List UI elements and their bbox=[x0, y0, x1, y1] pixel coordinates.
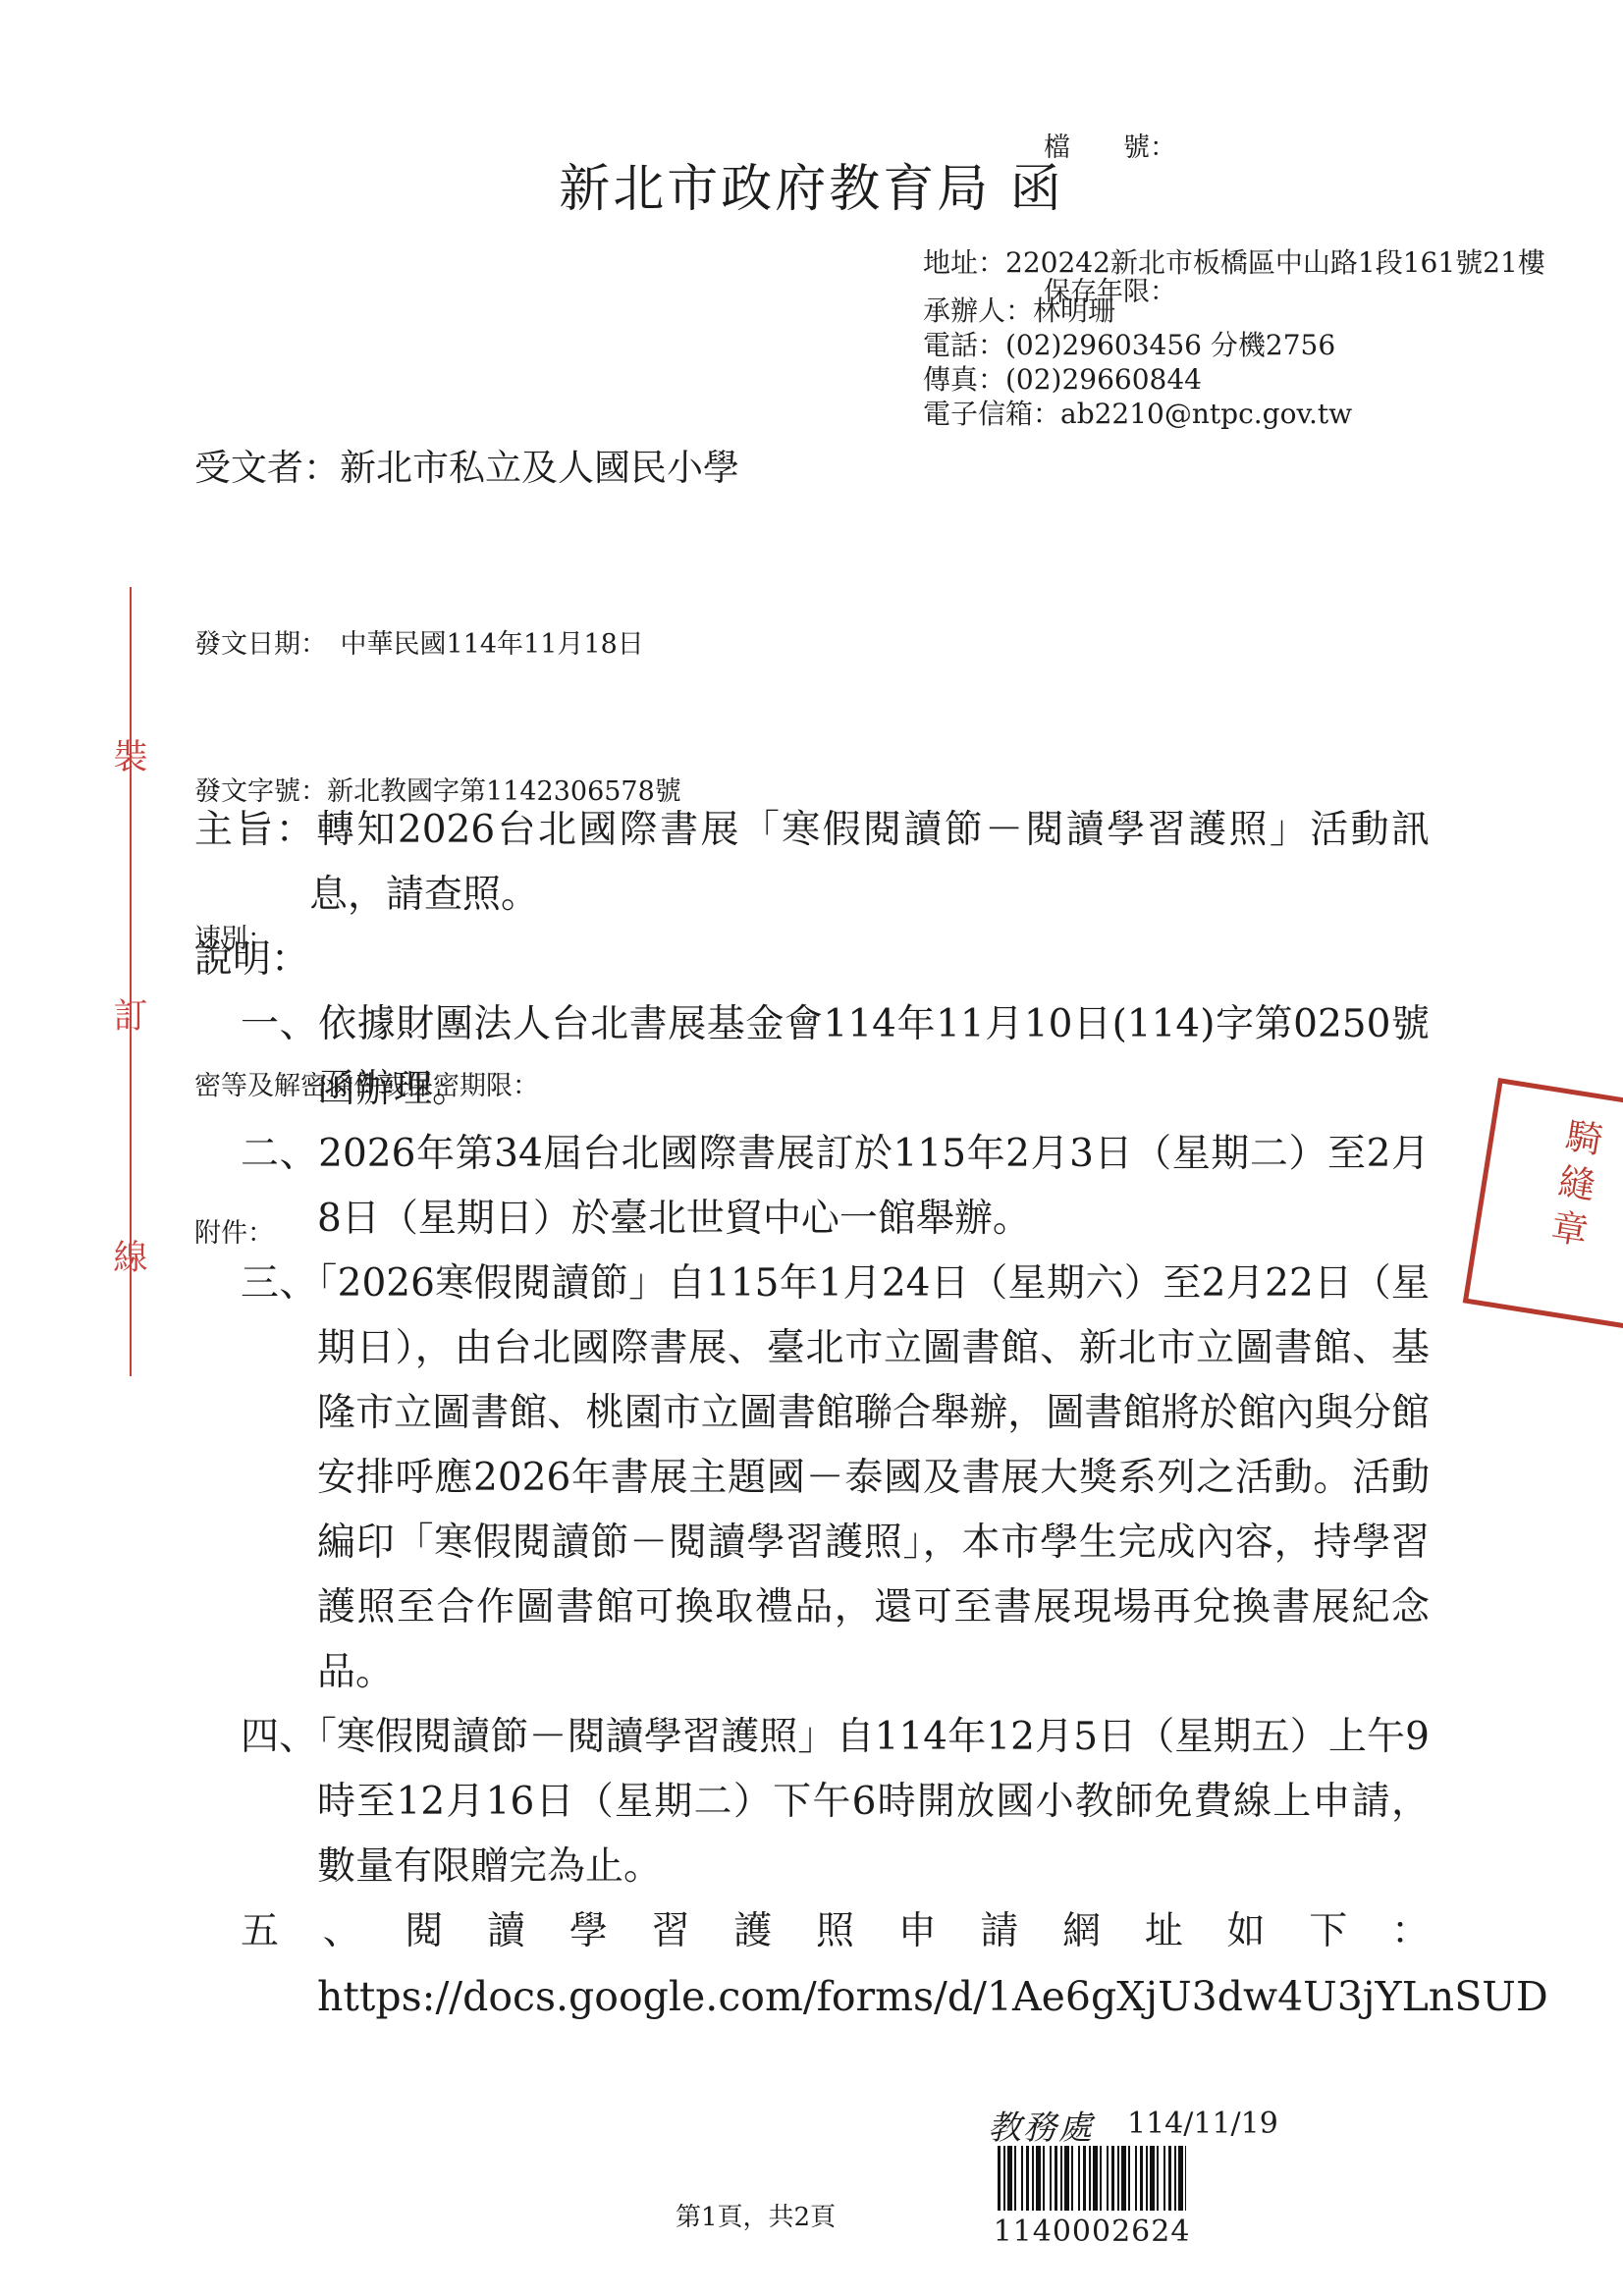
binding-char-xian: 線 bbox=[112, 1231, 149, 1280]
item-text: 依據財團法人台北書展基金會114年11月10日(114)字第0250號函辦理。 bbox=[317, 1002, 1430, 1111]
item-number: 二、 bbox=[241, 1132, 318, 1176]
sender-contact-person: 承辦人：林明珊 bbox=[923, 294, 1545, 328]
seam-stamp: 騎縫章 bbox=[1463, 1078, 1623, 1333]
sender-email: 電子信箱：ab2210@ntpc.gov.tw bbox=[923, 397, 1545, 431]
binding-char-zhuang: 裝 bbox=[112, 730, 149, 779]
subject-text: 轉知2026台北國際書展「寒假閱讀節－閱讀學習護照」活動訊息，請查照。 bbox=[309, 808, 1430, 917]
sender-phone: 電話：(02)29603456 分機2756 bbox=[923, 328, 1545, 362]
item-number: 四、 bbox=[241, 1715, 317, 1759]
item-number: 五、 bbox=[241, 1909, 405, 1953]
explanation-label: 說明： bbox=[194, 928, 1430, 992]
letter-body: 主旨：轉知2026台北國際書展「寒假閱讀節－閱讀學習護照」活動訊息，請查照。 說… bbox=[194, 798, 1430, 2029]
explanation-item-4: 四、「寒假閱讀節－閱讀學習護照」自114年12月5日（星期五）上午9時至12月1… bbox=[241, 1705, 1430, 1899]
item-number: 三、 bbox=[241, 1261, 318, 1306]
binding-char-ding: 訂 bbox=[112, 989, 149, 1039]
department-stamp: 教務處 bbox=[988, 2101, 1094, 2149]
item-text: 「2026寒假閱讀節」自115年1月24日（星期六）至2月22日（星期日），由台… bbox=[317, 1261, 1430, 1694]
application-url: https://docs.google.com/forms/d/1Ae6gXjU… bbox=[317, 1964, 1430, 2029]
explanation-item-5: 五、閱讀學習護照申請網址如下： bbox=[241, 1899, 1430, 1964]
item-text: 「寒假閱讀節－閱讀學習護照」自114年12月5日（星期五）上午9時至12月16日… bbox=[317, 1715, 1430, 1889]
issue-date: 發文日期： 中華民國114年11月18日 bbox=[194, 620, 681, 669]
seam-stamp-text: 騎縫章 bbox=[1536, 1114, 1609, 1259]
item-text: 閱讀學習護照申請網址如下： bbox=[405, 1909, 1430, 1953]
sender-address: 地址：220242新北市板橋區中山路1段161號21樓 bbox=[923, 245, 1545, 280]
barcode-number: 1140002624 bbox=[992, 2215, 1192, 2249]
explanation-item-3: 三、「2026寒假閱讀節」自115年1月24日（星期六）至2月22日（星期日），… bbox=[241, 1252, 1430, 1705]
document-title: 新北市政府教育局 函 bbox=[0, 147, 1623, 221]
subject-paragraph: 主旨：轉知2026台北國際書展「寒假閱讀節－閱讀學習護照」活動訊息，請查照。 bbox=[194, 798, 1430, 928]
barcode bbox=[998, 2146, 1186, 2211]
explanation-item-2: 二、2026年第34屆台北國際書展訂於115年2月3日（星期二）至2月8日（星期… bbox=[241, 1122, 1430, 1252]
sender-info-block: 地址：220242新北市板橋區中山路1段161號21樓 承辦人：林明珊 電話：(… bbox=[923, 245, 1545, 431]
recipient-line: 受文者：新北市私立及人國民小學 bbox=[194, 438, 739, 491]
stamp-date: 114/11/19 bbox=[1127, 2107, 1278, 2141]
sender-fax: 傳真：(02)29660844 bbox=[923, 362, 1545, 397]
subject-label: 主旨： bbox=[194, 808, 316, 852]
explanation-item-1: 一、依據財團法人台北書展基金會114年11月10日(114)字第0250號函辦理… bbox=[241, 992, 1430, 1122]
official-letter-page: 檔 號： 保存年限： 新北市政府教育局 函 地址：220242新北市板橋區中山路… bbox=[0, 0, 1623, 2296]
item-number: 一、 bbox=[241, 1002, 318, 1046]
item-text: 2026年第34屆台北國際書展訂於115年2月3日（星期二）至2月8日（星期日）… bbox=[317, 1132, 1430, 1241]
page-number-footer: 第1頁，共2頁 bbox=[676, 2197, 836, 2233]
